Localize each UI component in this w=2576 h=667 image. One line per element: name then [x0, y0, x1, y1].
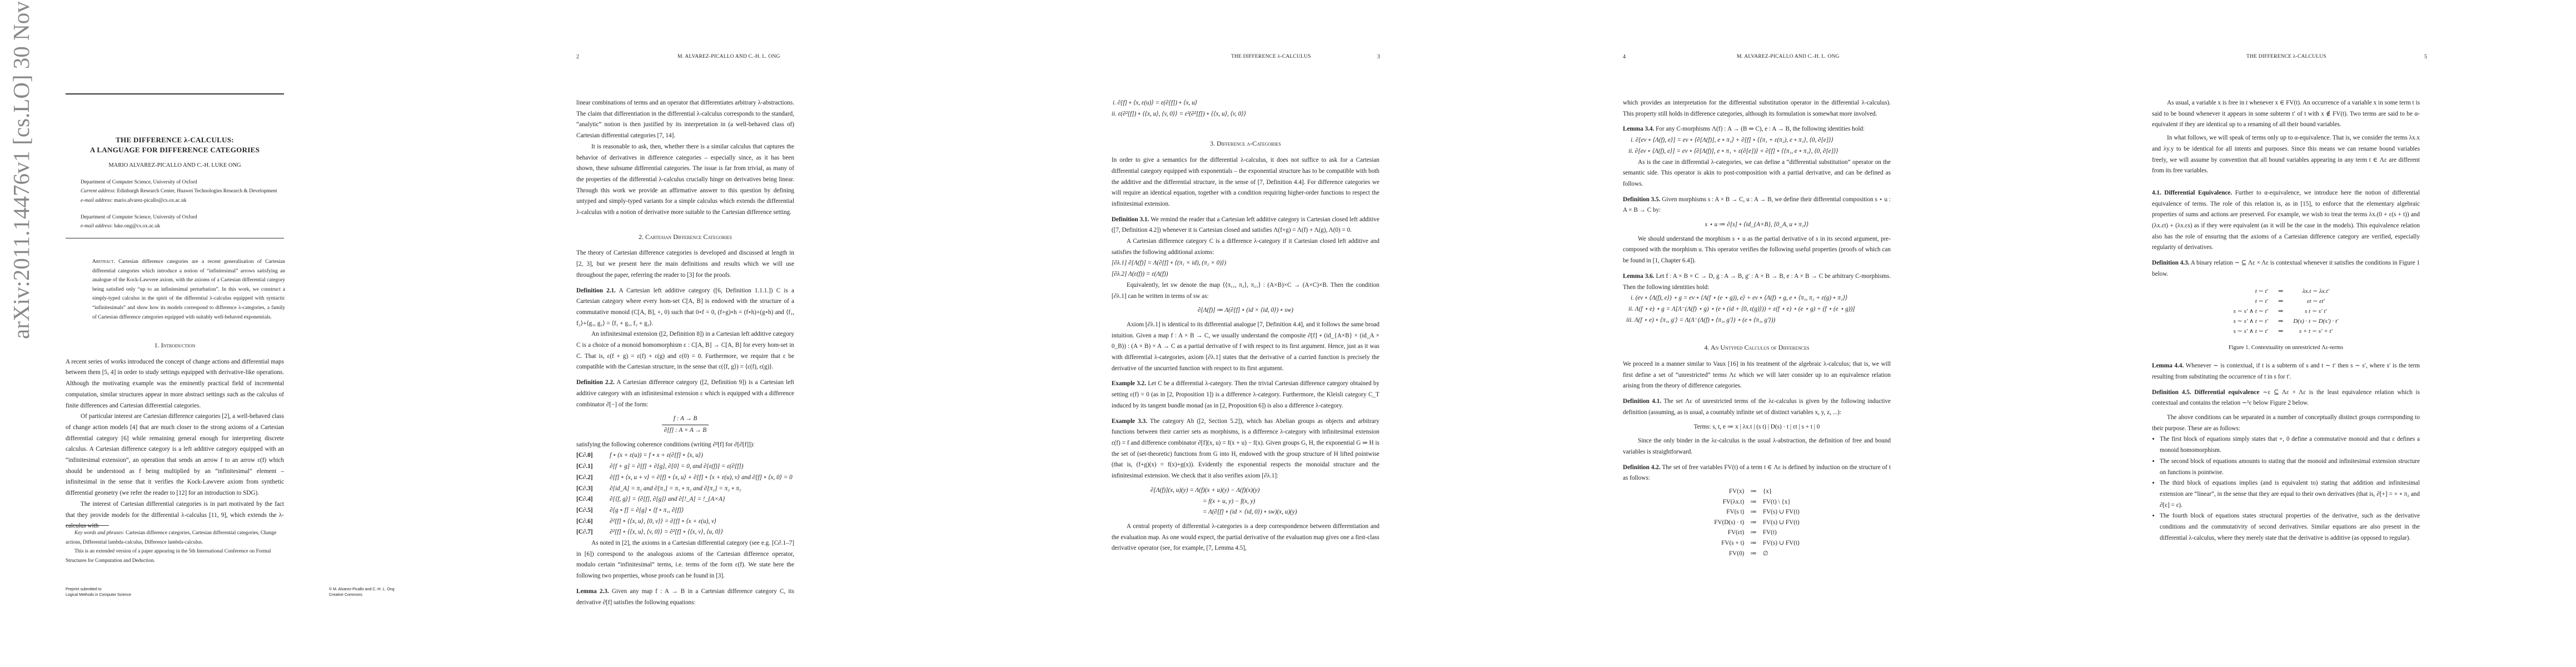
page-5: THE DIFFERENCE λ-CALCULUS 5 As usual, a … [2061, 0, 2576, 667]
affiliation-2: Department of Computer Science, Universi… [81, 213, 197, 231]
running-head: M. ALVAREZ-PICALLO AND C.-H. L. ONG [1737, 54, 1840, 59]
figure-1: t ∼ t′⇒λx.t ∼ λx.t′ t ∼ t′⇒εt ∼ εt′ s ∼ … [2228, 286, 2344, 337]
email-link[interactable]: : luke.ong@cs.ox.ac.uk [111, 223, 160, 229]
footnote-rule [66, 525, 109, 526]
axiom-list: [C∂.0]f ∘ (x + ε(u)) = f ∘ x + ε(∂[f] ∘ … [576, 450, 794, 538]
preprint-note: Preprint submitted to Logical Methods in… [66, 587, 131, 598]
page-4: 4 M. ALVAREZ-PICALLO AND C.-H. L. ONG wh… [1546, 0, 2061, 667]
section-heading: 1. Introduction [66, 340, 284, 351]
footnotes: Key words and phrases: Cartesian differe… [66, 529, 284, 565]
list-item: The first block of equations simply stat… [2160, 434, 2420, 456]
abstract-rule [66, 238, 284, 238]
page-4-body: which provides an interpretation for the… [1623, 98, 1891, 561]
section-heading: 3. Difference λ-Categories [1112, 138, 1379, 150]
running-head: THE DIFFERENCE λ-CALCULUS [1231, 54, 1311, 59]
running-head: M. ALVAREZ-PICALLO AND C.-H. L. ONG [677, 54, 780, 59]
page-2: 2 M. ALVAREZ-PICALLO AND C.-H. L. ONG li… [515, 0, 1030, 667]
list-item: The third block of equations implies (an… [2160, 478, 2420, 511]
page-number: 2 [576, 54, 579, 60]
copyright: © M. Alvarez-Picallo and C.-H. L. Ong Cr… [329, 587, 395, 598]
free-variables-table: FV(x)≔{x} FV(λx.t)≔FV(t) \ {x} FV(s t)≔F… [1713, 486, 1800, 559]
page-1: THE DIFFERENCE λ-CALCULUS: A LANGUAGE FO… [0, 0, 515, 667]
paper-title: THE DIFFERENCE λ-CALCULUS: A LANGUAGE FO… [66, 135, 284, 155]
affiliation-1: Department of Computer Science, Universi… [81, 178, 277, 205]
inference-rule: f : A → B ∂[f] : A × A → B [576, 414, 794, 436]
calculation: ∂[Λ(f)](x, u)(y) = Λ(f)(x + u)(y) − Λ(f)… [1112, 485, 1379, 518]
creative-commons-icon: Creative Commons [329, 593, 395, 598]
figure-caption: Figure 1. Contextuality on unrestricted … [2152, 342, 2420, 354]
introduction: 1. Introduction A recent series of works… [66, 340, 284, 532]
authors: MARIO ALVAREZ-PICALLO AND C.-H. LUKE ONG [66, 162, 284, 168]
page-3: THE DIFFERENCE λ-CALCULUS 3 i. ∂[f] ∘ ⟨x… [1030, 0, 1546, 667]
condition-groups-list: The first block of equations simply stat… [2152, 434, 2420, 544]
page-number: 3 [1377, 54, 1380, 60]
list-item: The fourth block of equations states str… [2160, 511, 2420, 544]
section-heading: 4. An Untyped Calculus of Differences [1623, 342, 1891, 354]
page-number: 5 [2424, 54, 2427, 60]
section-heading: 2. Cartesian Difference Categories [576, 232, 794, 243]
page-3-body: i. ∂[f] ∘ ⟨x, ε(u)⟩ = ε(∂[f]) ∘ ⟨x, u⟩ i… [1112, 98, 1379, 554]
top-rule [66, 93, 284, 94]
running-head: THE DIFFERENCE λ-CALCULUS [2246, 54, 2326, 59]
page-2-body: linear combinations of terms and an oper… [576, 98, 794, 608]
list-item: The second block of equations amounts to… [2160, 456, 2420, 478]
email-link[interactable]: : mario.alvarez-picallo@cs.ox.ac.uk [111, 198, 186, 203]
page-number: 4 [1623, 54, 1626, 60]
abstract: Abstract. Cartesian difference categorie… [92, 257, 285, 322]
page-5-body: As usual, a variable x is free in t when… [2152, 98, 2420, 544]
